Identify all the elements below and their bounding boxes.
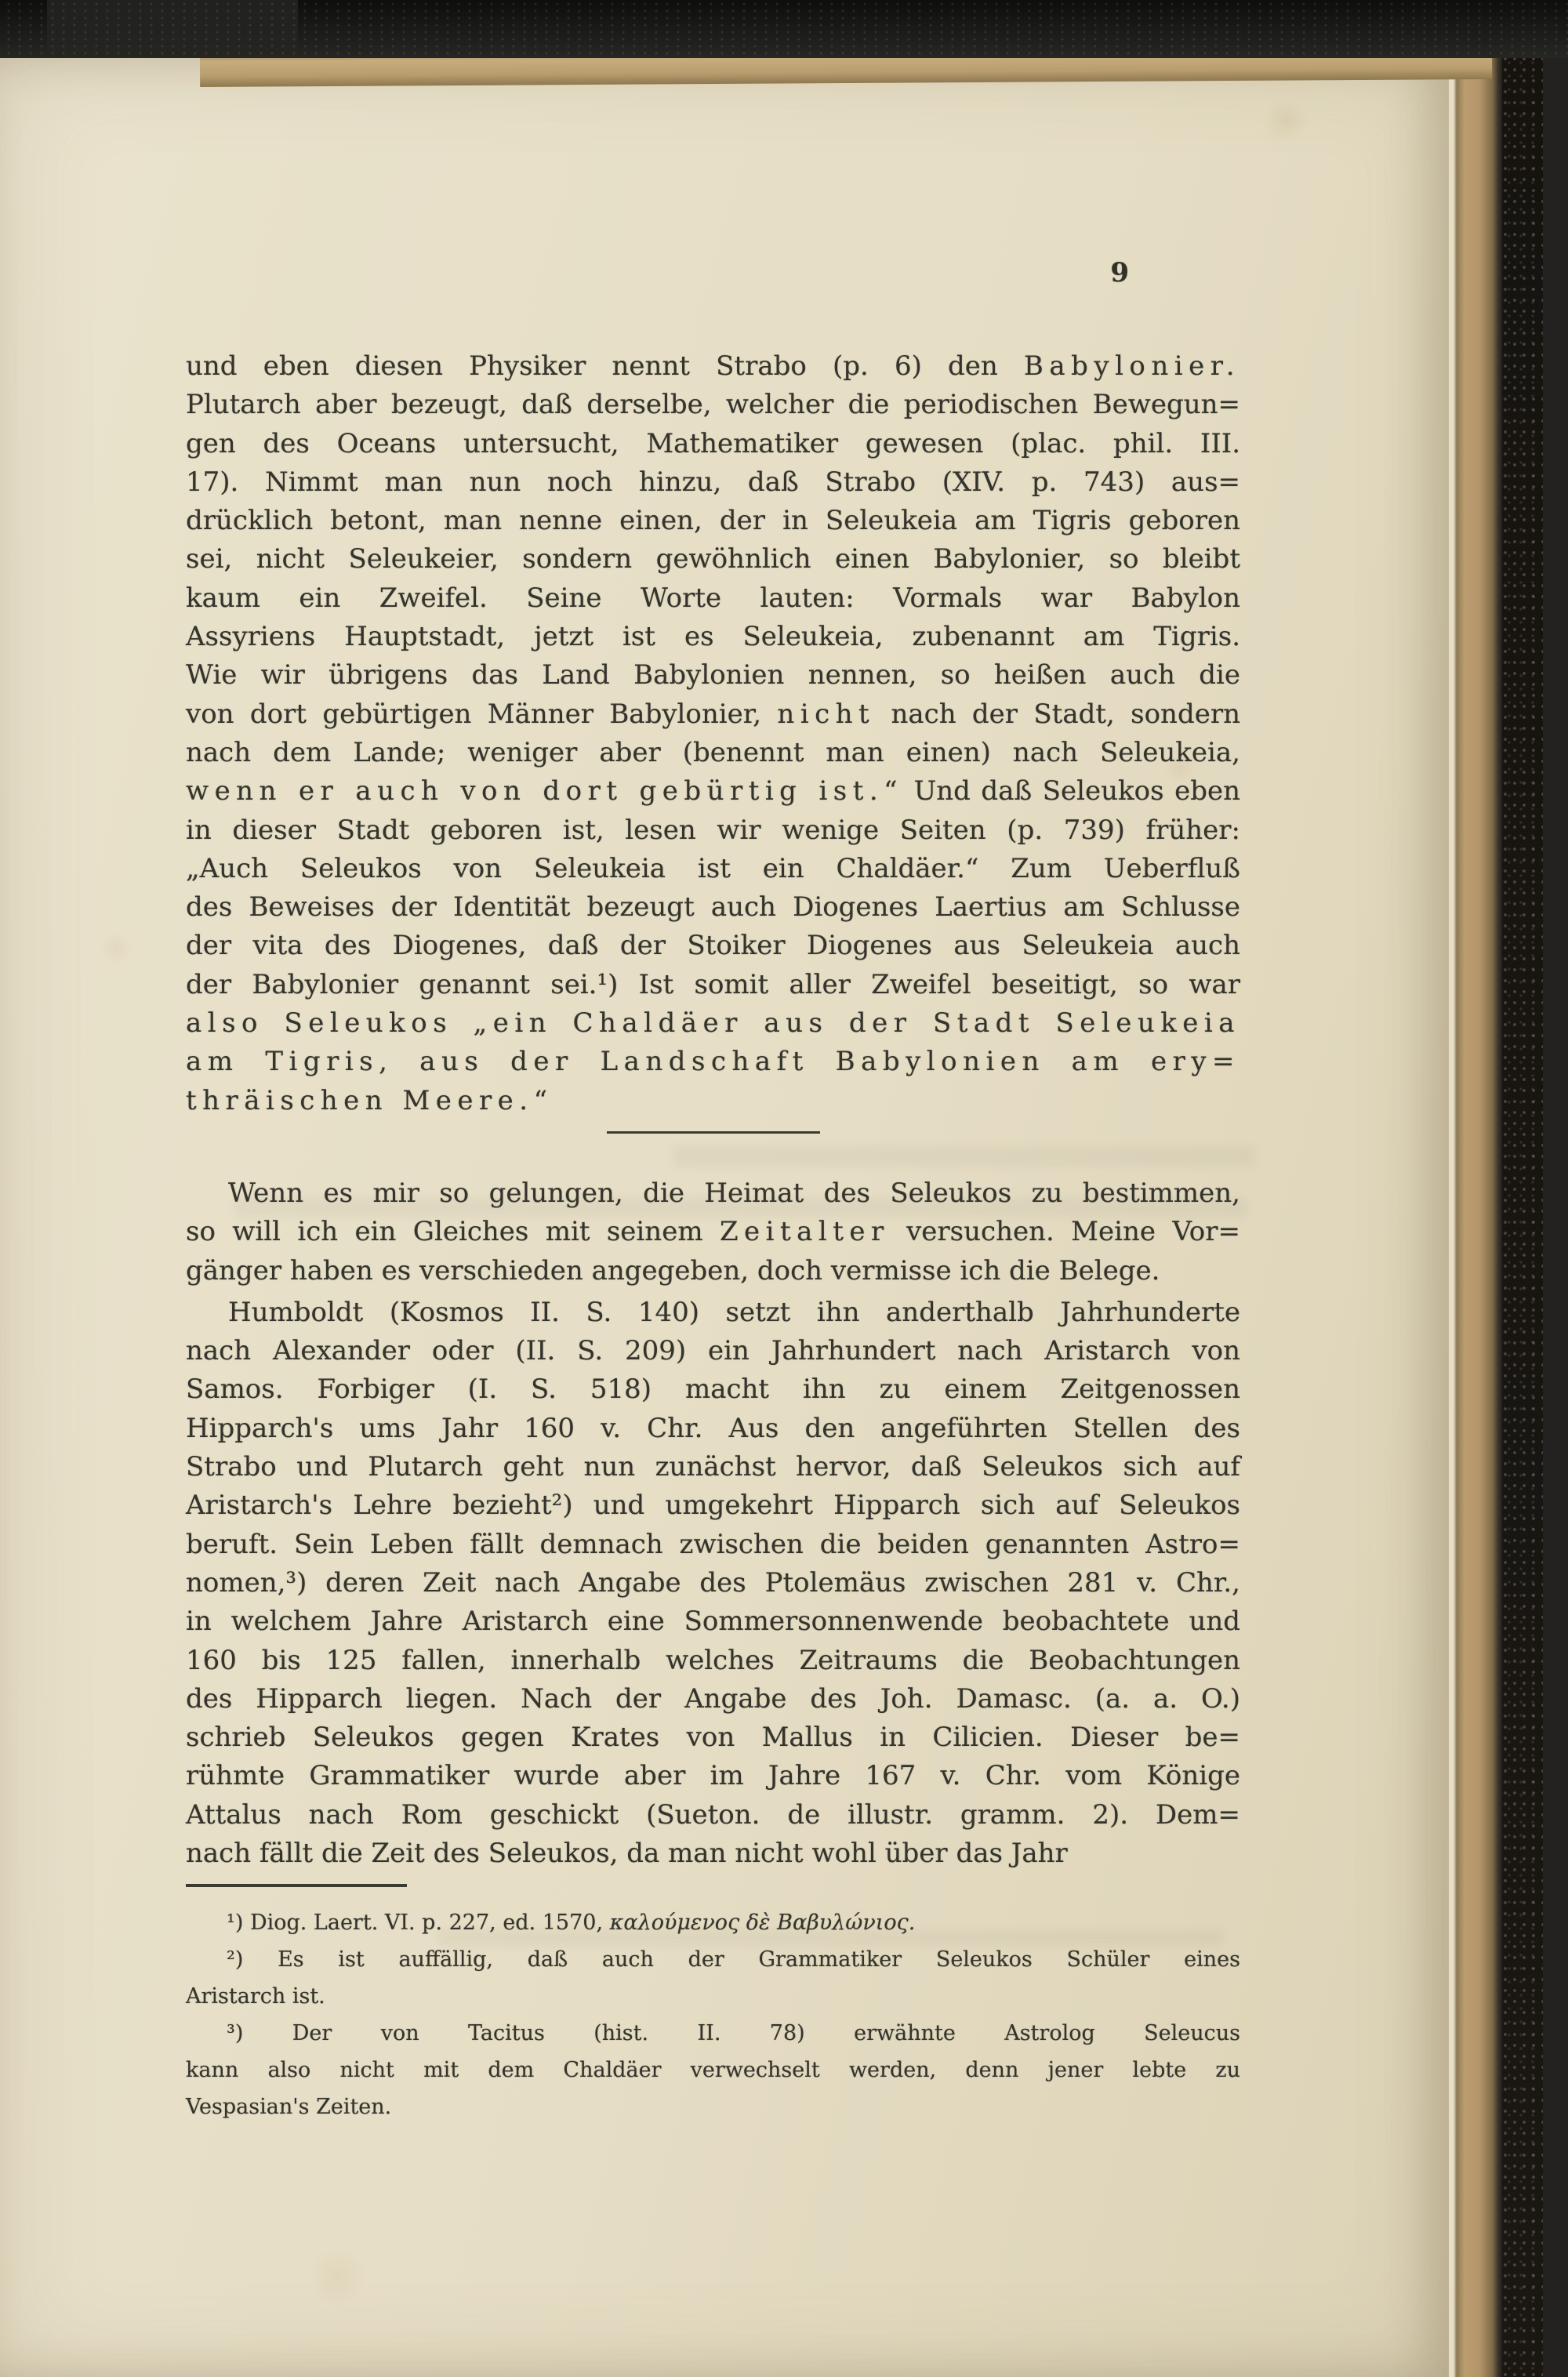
text-line: nach dem Lande; weniger aber (benennt ma… (186, 734, 1240, 772)
text-line: ¹) Diog. Laert. VI. p. 227, ed. 1570, κα… (186, 1904, 1240, 1941)
text-line: Assyriens Hauptstadt, jetzt ist es Seleu… (186, 618, 1240, 656)
text-line: und eben diesen Physiker nennt Strabo (p… (186, 347, 1240, 386)
text-line: Wie wir übrigens das Land Babylonien nen… (186, 656, 1240, 695)
section-divider-rule (607, 1131, 820, 1134)
text-line: sei, nicht Seleukeier, sondern gewöhnlic… (186, 540, 1240, 579)
text-line: des Beweises der Identität bezeugt auch … (186, 888, 1240, 927)
text-line: ²) Es ist auffällig, daß auch der Gramma… (186, 1941, 1240, 1978)
text-line: 160 bis 125 fallen, innerhalb welches Ze… (186, 1642, 1240, 1680)
text-line: in dieser Stadt geboren ist, lesen wir w… (186, 811, 1240, 850)
text-line: am Tigris, aus der Landschaft Babylonien… (186, 1043, 1240, 1081)
scanned-book-spread: 9 und eben diesen Physiker nennt Strabo … (0, 0, 1568, 2377)
text-line: nach fällt die Zeit des Seleukos, da man… (186, 1834, 1240, 1873)
text-line: „Auch Seleukos von Seleukeia ist ein Cha… (186, 850, 1240, 888)
text-line: Attalus nach Rom geschickt (Sueton. de i… (186, 1796, 1240, 1834)
text-line: beruft. Sein Leben fällt demnach zwische… (186, 1526, 1240, 1564)
text-line: kaum ein Zweifel. Seine Worte lauten: Vo… (186, 579, 1240, 618)
page-fore-edge (1449, 58, 1502, 2377)
paragraph-main: und eben diesen Physiker nennt Strabo (p… (186, 347, 1240, 1120)
page-number: 9 (186, 257, 1240, 289)
text-line: 17). Nimmt man nun noch hinzu, daß Strab… (186, 463, 1240, 502)
text-line: ³) Der von Tacitus (hist. II. 78) erwähn… (186, 2015, 1240, 2052)
text-line: Vespasian's Zeiten. (186, 2088, 1240, 2125)
text-line: wenn er auch von dort gebürtig ist.“ Und… (186, 772, 1240, 811)
text-line: gen des Oceans untersucht, Mathematiker … (186, 425, 1240, 463)
paragraph-humboldt: Humboldt (Kosmos II. S. 140) setzt ihn a… (186, 1294, 1240, 1873)
text-line: Humboldt (Kosmos II. S. 140) setzt ihn a… (186, 1294, 1240, 1332)
text-line: rühmte Grammatiker wurde aber im Jahre 1… (186, 1757, 1240, 1795)
paragraph-zeitalter: Wenn es mir so gelungen, die Heimat des … (186, 1174, 1240, 1290)
footnotes: ¹) Diog. Laert. VI. p. 227, ed. 1570, κα… (186, 1904, 1240, 2125)
text-line: kann also nicht mit dem Chaldäer verwech… (186, 2052, 1240, 2088)
text-line: von dort gebürtigen Männer Babylonier, n… (186, 695, 1240, 734)
text-line: thräischen Meere.“ (186, 1082, 1240, 1120)
text-line: nomen,³) deren Zeit nach Angabe des Ptol… (186, 1564, 1240, 1602)
text-line: gänger haben es verschieden angegeben, d… (186, 1252, 1240, 1290)
text-line: des Hipparch liegen. Nach der Angabe des… (186, 1680, 1240, 1718)
text-line: also Seleukos „ein Chaldäer aus der Stad… (186, 1004, 1240, 1043)
text-line: Aristarch ist. (186, 1978, 1240, 2015)
text-line: der Babylonier genannt sei.¹) Ist somit … (186, 966, 1240, 1004)
scan-background (1543, 0, 1568, 2377)
text-line: in welchem Jahre Aristarch eine Sommerso… (186, 1602, 1240, 1641)
text-line: Aristarch's Lehre bezieht²) und umgekehr… (186, 1486, 1240, 1525)
book-cover-right (1502, 0, 1543, 2377)
footnote-divider-rule (186, 1884, 407, 1887)
cover-sheen (47, 0, 298, 55)
text-line: schrieb Seleukos gegen Krates von Mallus… (186, 1718, 1240, 1757)
text-line: so will ich ein Gleiches mit seinem Zeit… (186, 1213, 1240, 1251)
text-line: drücklich betont, man nenne einen, der i… (186, 502, 1240, 540)
text-line: Plutarch aber bezeugt, daß derselbe, wel… (186, 386, 1240, 424)
text-line: nach Alexander oder (II. S. 209) ein Jah… (186, 1332, 1240, 1370)
text-line: Strabo und Plutarch geht nun zunächst he… (186, 1448, 1240, 1486)
text-line: der vita des Diogenes, daß der Stoiker D… (186, 927, 1240, 965)
text-line: Samos. Forbiger (I. S. 518) macht ihn zu… (186, 1370, 1240, 1409)
text-line: Hipparch's ums Jahr 160 v. Chr. Aus den … (186, 1410, 1240, 1448)
text-block: und eben diesen Physiker nennt Strabo (p… (186, 347, 1240, 2125)
text-line: Wenn es mir so gelungen, die Heimat des … (186, 1174, 1240, 1213)
